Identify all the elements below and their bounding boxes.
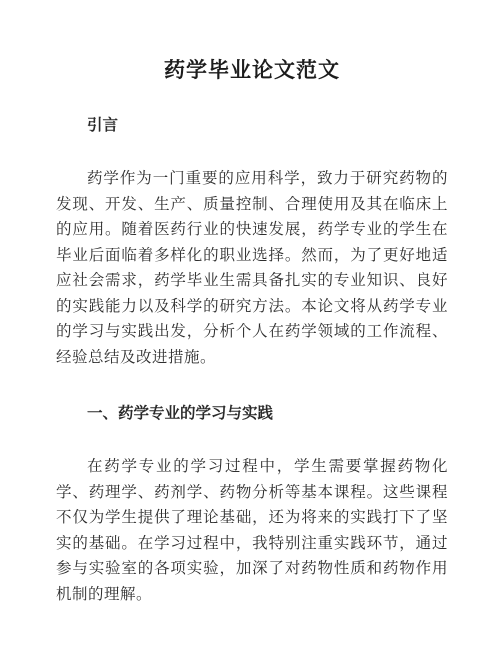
document-page: 药学毕业论文范文 引言 药学作为一门重要的应用科学，致力于研究药物的发现、开发、…	[0, 0, 500, 647]
introduction-paragraph: 药学作为一门重要的应用科学，致力于研究药物的发现、开发、生产、质量控制、合理使用…	[56, 166, 448, 370]
section-one-paragraph: 在药学专业的学习过程中，学生需要掌握药物化学、药理学、药剂学、药物分析等基本课程…	[56, 454, 448, 607]
document-title: 药学毕业论文范文	[56, 0, 448, 86]
section-heading-introduction: 引言	[56, 115, 448, 137]
section-heading-one: 一、药学专业的学习与实践	[56, 403, 448, 425]
